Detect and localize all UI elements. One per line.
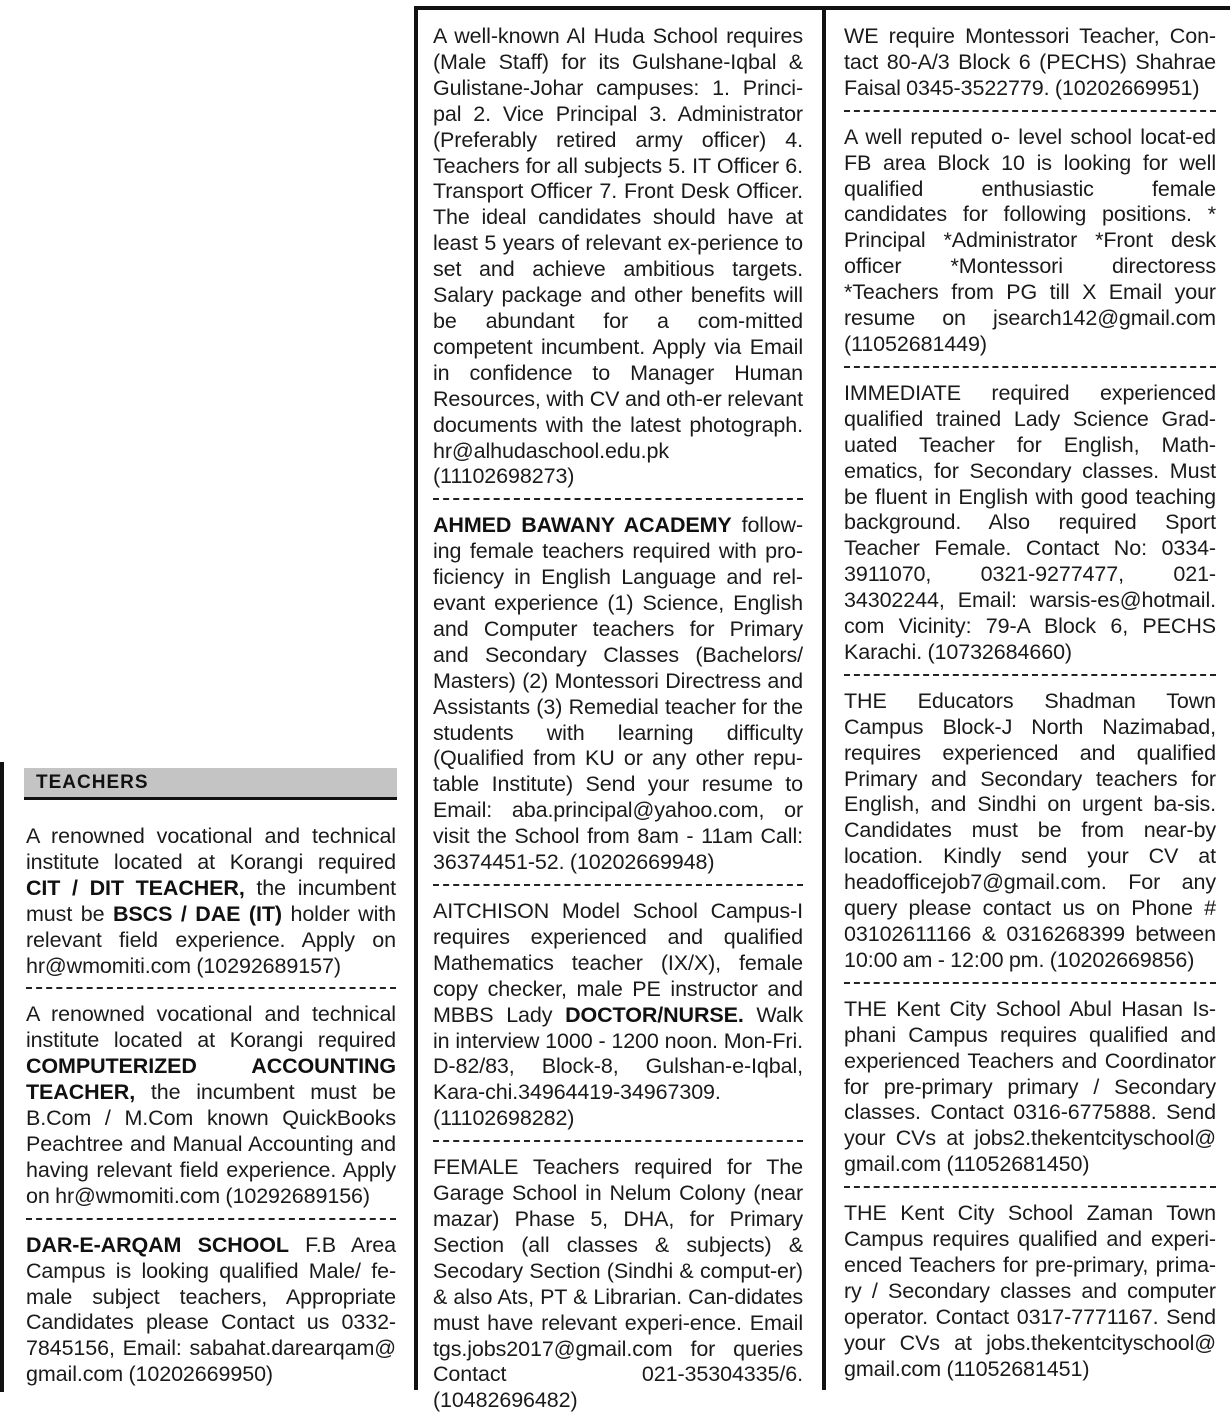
- ad-text: A well-known Al Huda School requires (Ma…: [433, 24, 803, 488]
- ad-bold-text: DAR-E-ARQAM SCHOOL: [26, 1233, 289, 1257]
- ad-text: A renowned vocational and technical inst…: [26, 1002, 396, 1052]
- classified-ad: AHMED BAWANY ACADEMY follow-ing female t…: [433, 513, 803, 876]
- ad-text: IMMEDIATE required experienced qualified…: [844, 381, 1216, 664]
- ad-text: FEMALE Teachers required for The Garage …: [433, 1155, 803, 1412]
- ad-bold-text: DOCTOR/NURSE.: [565, 1003, 744, 1027]
- ad-text: follow-ing female teachers required with…: [433, 513, 803, 874]
- classified-ad: DAR-E-ARQAM SCHOOL F.B Area Campus is lo…: [26, 1233, 396, 1388]
- ad-bold-text: CIT / DIT TEACHER,: [26, 876, 245, 900]
- ad-text: THE Kent City School Zaman Town Campus r…: [844, 1201, 1216, 1380]
- ads-list: A renowned vocational and technical inst…: [26, 824, 396, 1388]
- ads-list: A well-known Al Huda School requires (Ma…: [433, 24, 803, 1414]
- classified-ad: A renowned vocational and technical inst…: [26, 1002, 396, 1209]
- classified-ad: A well-known Al Huda School requires (Ma…: [433, 24, 803, 490]
- classified-ad: THE Kent City School Zaman Town Campus r…: [844, 1201, 1216, 1382]
- dashed-divider: [844, 110, 1216, 112]
- section-header-teachers: TEACHERS: [24, 768, 397, 800]
- ad-bold-text: AHMED BAWANY ACADEMY: [433, 513, 732, 537]
- ad-text: THE Kent City School Abul Hasan Is-phani…: [844, 997, 1216, 1176]
- dashed-divider: [844, 1186, 1216, 1188]
- classified-ad: THE Educators Shadman Town Campus Block-…: [844, 689, 1216, 974]
- dashed-divider: [433, 884, 803, 886]
- dashed-divider: [844, 674, 1216, 676]
- dashed-divider: [433, 498, 803, 500]
- dashed-divider: [26, 1218, 396, 1220]
- dashed-divider: [26, 987, 396, 989]
- ad-bold-text: BSCS / DAE (IT): [113, 902, 282, 926]
- column-middle: A well-known Al Huda School requires (Ma…: [414, 6, 826, 1390]
- classified-ad: FEMALE Teachers required for The Garage …: [433, 1155, 803, 1414]
- classified-ad: A well reputed o- level school locat-ed …: [844, 125, 1216, 358]
- ad-text: WE require Montessori Teacher, Con-tact …: [844, 24, 1216, 100]
- ads-list: WE require Montessori Teacher, Con-tact …: [844, 24, 1216, 1383]
- classified-ad: IMMEDIATE required experienced qualified…: [844, 381, 1216, 666]
- classified-ad: AITCHISON Model School Campus-I requires…: [433, 899, 803, 1132]
- classified-ad: THE Kent City School Abul Hasan Is-phani…: [844, 997, 1216, 1178]
- dashed-divider: [433, 1140, 803, 1142]
- ad-text: A renowned vocational and technical inst…: [26, 824, 396, 874]
- column-right: WE require Montessori Teacher, Con-tact …: [822, 6, 1230, 1390]
- column-left: TEACHERS A renowned vocational and techn…: [0, 762, 394, 1392]
- dashed-divider: [844, 982, 1216, 984]
- dashed-divider: [844, 366, 1216, 368]
- classified-ad: WE require Montessori Teacher, Con-tact …: [844, 24, 1216, 102]
- ad-text: THE Educators Shadman Town Campus Block-…: [844, 689, 1216, 972]
- classifieds-page: TEACHERS A renowned vocational and techn…: [0, 0, 1230, 1420]
- classified-ad: A renowned vocational and technical inst…: [26, 824, 396, 979]
- ad-text: A well reputed o- level school locat-ed …: [844, 125, 1216, 356]
